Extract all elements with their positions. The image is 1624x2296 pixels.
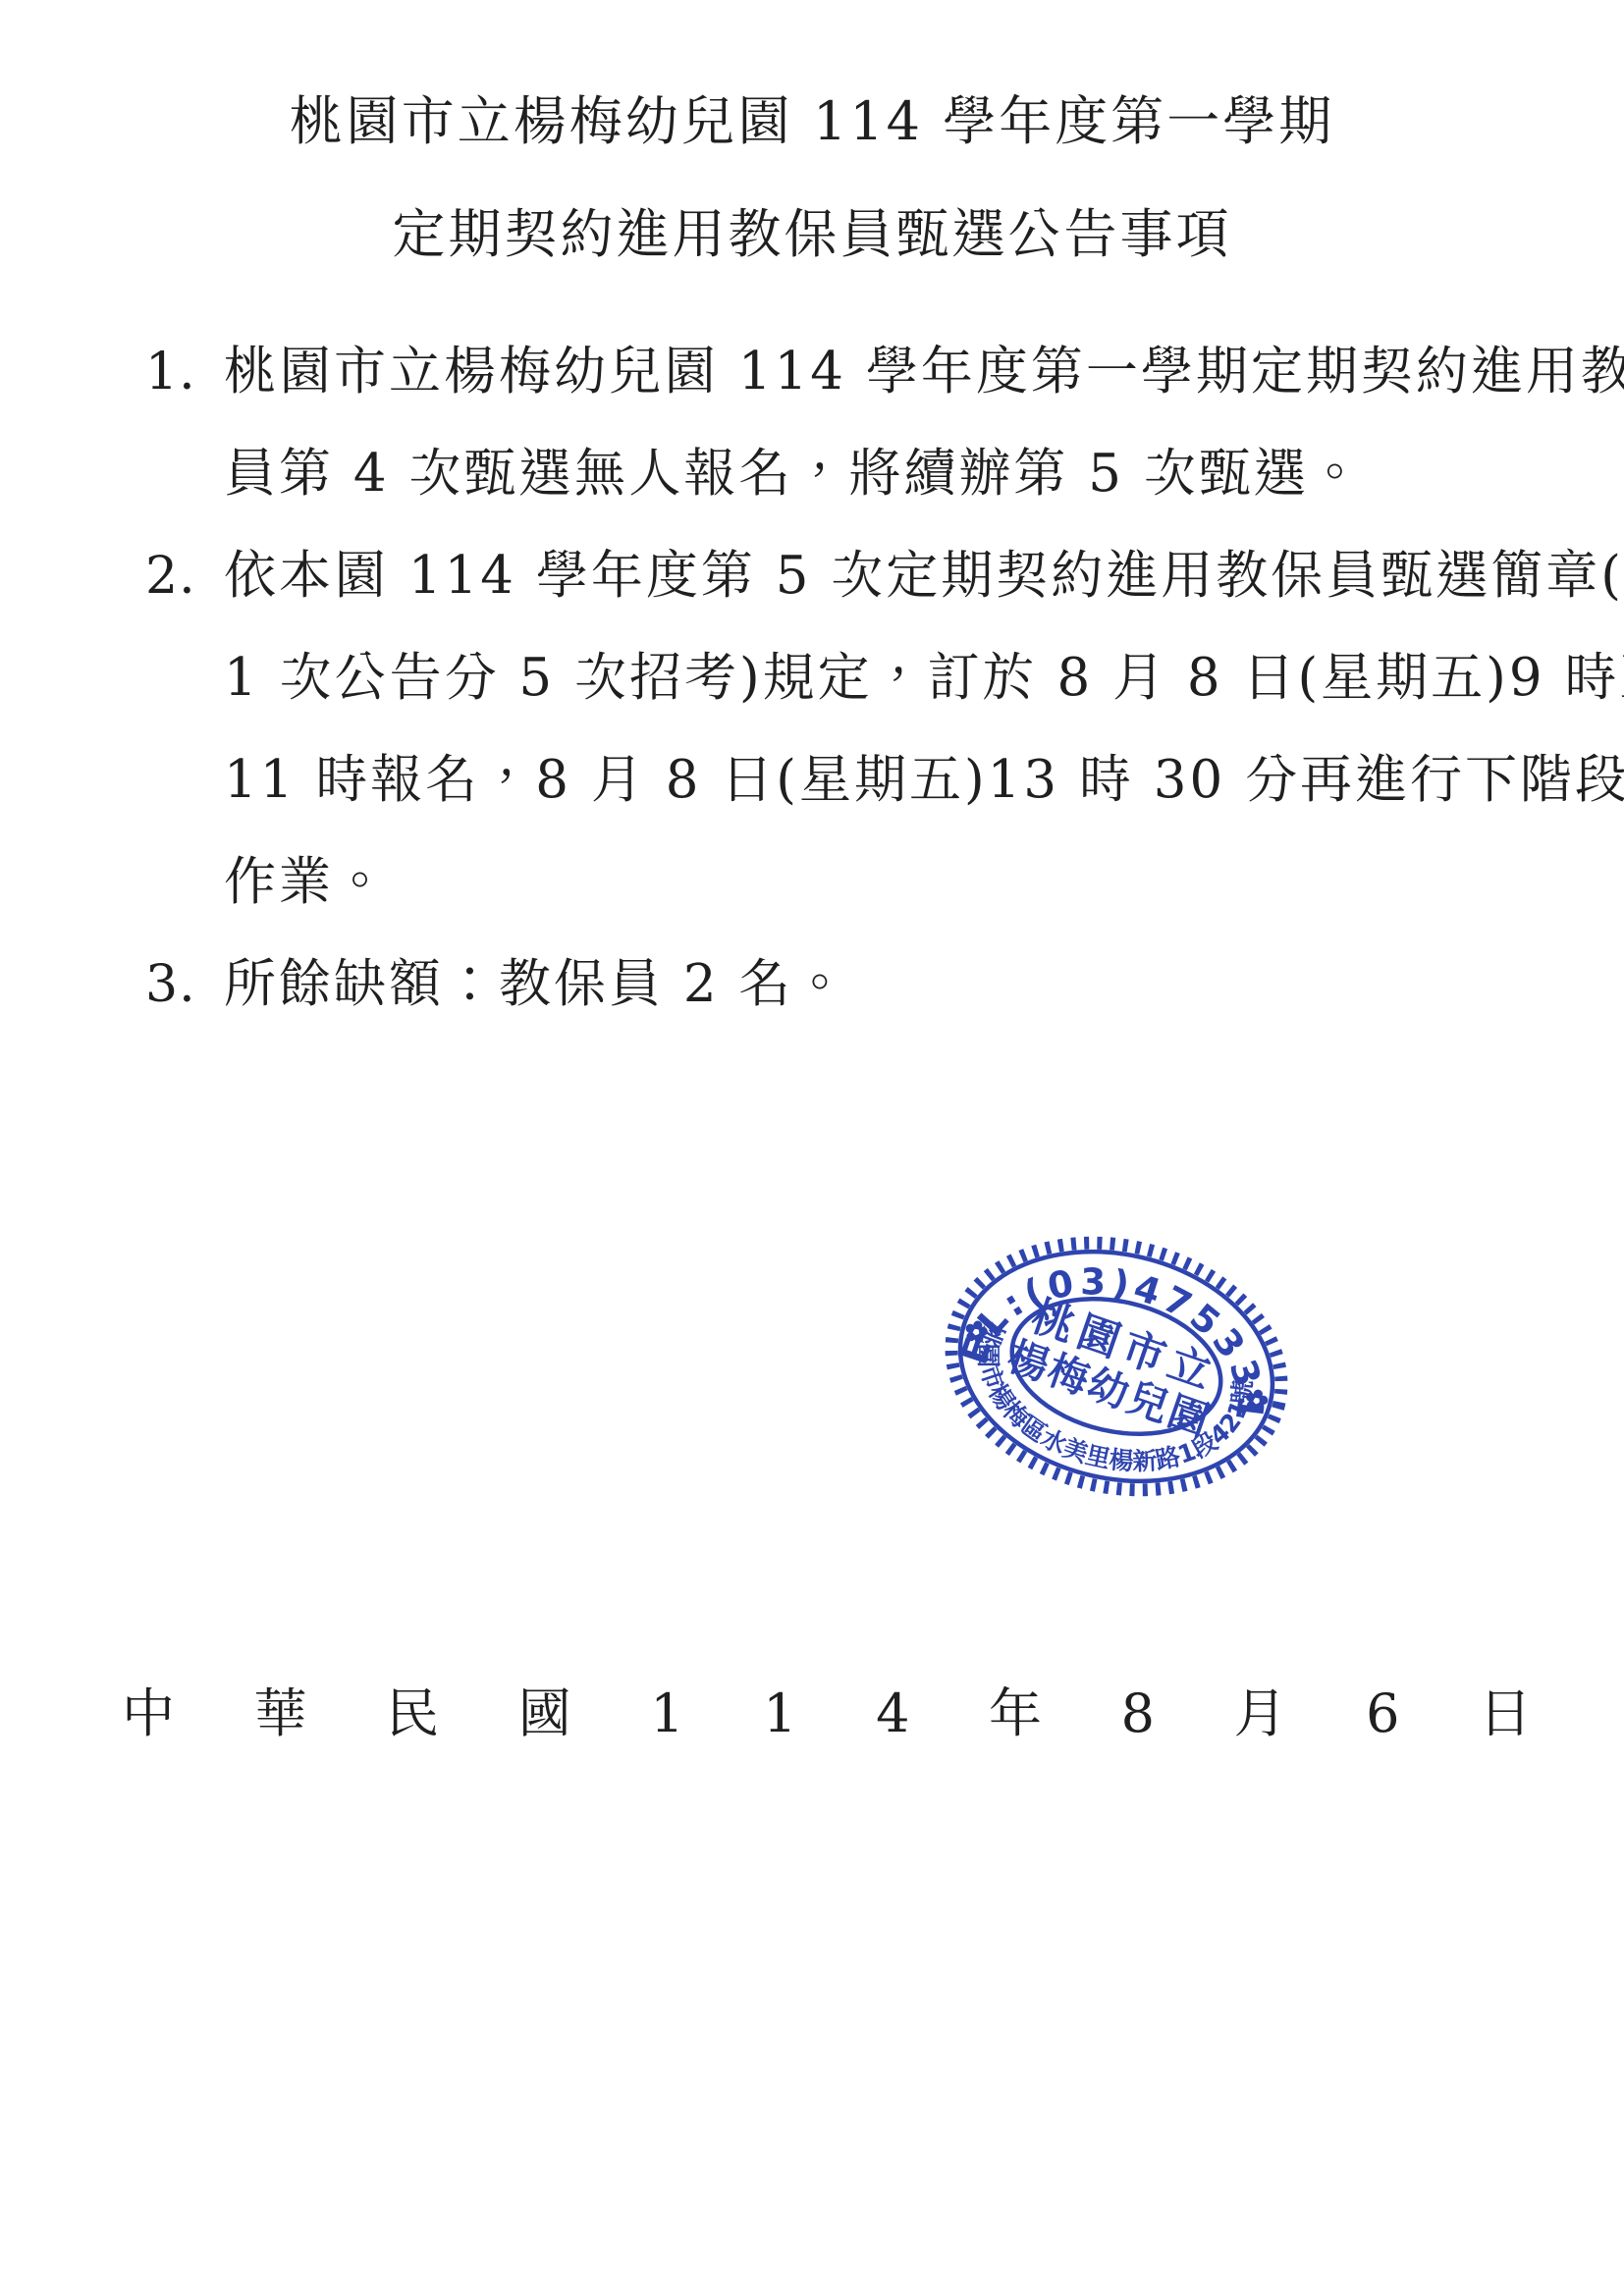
- official-stamp: TEL:(03)4753312 桃園市楊梅區水美里楊新路1段421號 桃園市立 …: [905, 1200, 1327, 1533]
- item-text-line: 員第 4 次甄選無人報名，將續辦第 5 次甄選。: [224, 432, 1364, 507]
- list-item-continuation: 1 次公告分 5 次招考)規定，訂於 8 月 8 日(星期五)9 時至: [145, 636, 1536, 738]
- list-item-continuation: 員第 4 次甄選無人報名，將續辦第 5 次甄選。: [145, 432, 1536, 534]
- announcement-page: 桃園市立楊梅幼兒園 114 學年度第一學期 定期契約進用教保員甄選公告事項 1.…: [0, 0, 1624, 2296]
- date-char: 民: [386, 1675, 439, 1753]
- date-char: 月: [1234, 1675, 1287, 1753]
- stamp-graphic: TEL:(03)4753312 桃園市楊梅區水美里楊新路1段421號 桃園市立 …: [905, 1200, 1327, 1533]
- date-char: 年: [989, 1675, 1042, 1753]
- date-char: 1: [650, 1675, 683, 1753]
- list-item-continuation: 11 時報名，8 月 8 日(星期五)13 時 30 分再進行下階段招考: [145, 738, 1536, 840]
- title-line-1: 桃園市立楊梅幼兒園 114 學年度第一學期: [0, 65, 1624, 178]
- item-text-line: 所餘缺額：教保員 2 名。: [224, 942, 848, 1017]
- announcement-list: 1. 桃園市立楊梅幼兒園 114 學年度第一學期定期契約進用教保 員第 4 次甄…: [145, 330, 1536, 1044]
- date-char: 8: [1121, 1675, 1155, 1753]
- list-item: 3. 所餘缺額：教保員 2 名。: [145, 942, 1536, 1044]
- item-number: 1.: [145, 343, 224, 401]
- title-line-2: 定期契約進用教保員甄選公告事項: [0, 178, 1624, 291]
- item-text-line: 桃園市立楊梅幼兒園 114 學年度第一學期定期契約進用教保: [224, 330, 1624, 404]
- list-item: 1. 桃園市立楊梅幼兒園 114 學年度第一學期定期契約進用教保: [145, 330, 1536, 432]
- date-char: 國: [518, 1675, 571, 1753]
- date-char: 中: [122, 1675, 175, 1753]
- date-char: 1: [763, 1675, 796, 1753]
- item-text-line: 依本園 114 學年度第 5 次定期契約進用教保員甄選簡章(第: [224, 534, 1624, 609]
- date-char: 日: [1479, 1675, 1532, 1753]
- item-text-line: 11 時報名，8 月 8 日(星期五)13 時 30 分再進行下階段招考: [224, 738, 1624, 813]
- item-text-line: 1 次公告分 5 次招考)規定，訂於 8 月 8 日(星期五)9 時至: [224, 636, 1624, 711]
- date-char: 4: [876, 1675, 909, 1753]
- date-char: 6: [1366, 1675, 1399, 1753]
- item-text-line: 作業。: [224, 840, 389, 915]
- document-title: 桃園市立楊梅幼兒園 114 學年度第一學期 定期契約進用教保員甄選公告事項: [0, 0, 1624, 291]
- date-char: 華: [254, 1675, 307, 1753]
- item-number: 2.: [145, 547, 224, 606]
- date-line: 中 華 民 國 1 1 4 年 8 月 6 日: [122, 1675, 1532, 1753]
- list-item: 2. 依本園 114 學年度第 5 次定期契約進用教保員甄選簡章(第: [145, 534, 1536, 636]
- list-item-continuation: 作業。: [145, 840, 1536, 942]
- item-number: 3.: [145, 955, 224, 1014]
